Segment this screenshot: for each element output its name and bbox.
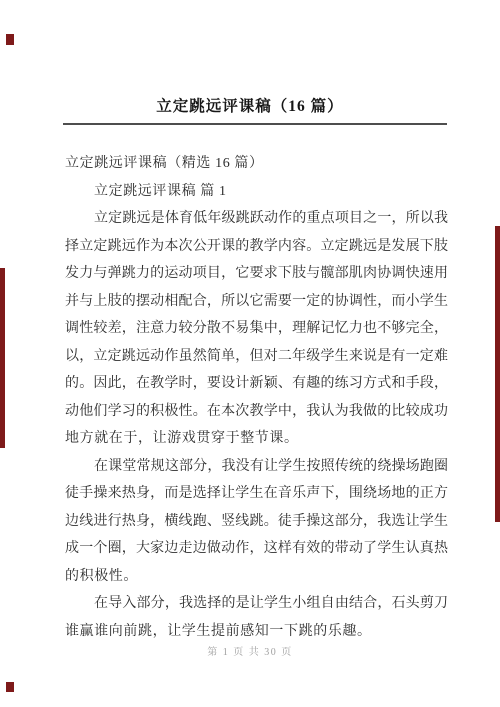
- text-line: 徒手操来热身，而是选择让学生在音乐声下，围绕场地的正方形: [65, 480, 448, 508]
- document-body: 立定跳远评课稿（精选 16 篇）立定跳远评课稿 篇 1立定跳远是体育低年级跳跃动…: [65, 150, 448, 645]
- text-line: 成一个圈，大家边走边做动作，这样有效的带动了学生认真热身: [65, 535, 448, 563]
- text-line: 并与上肢的摆动相配合，所以它需要一定的协调性，而小学生协: [65, 288, 448, 316]
- text-line: 在导入部分，我选择的是让学生小组自由结合，石头剪刀布，: [65, 590, 448, 618]
- page-edge-mark-bottom-left: [6, 682, 14, 692]
- page-edge-mark-left-bar: [0, 268, 5, 448]
- text-line: 动他们学习的积极性。在本次教学中，我认为我做的比较成功的: [65, 398, 448, 426]
- text-line: 的。因此，在教学时，要设计新颖、有趣的练习方式和手段，调: [65, 370, 448, 398]
- page-edge-mark-top-left: [6, 34, 14, 45]
- text-line: 择立定跳远作为本次公开课的教学内容。立定跳远是发展下肢爆: [65, 233, 448, 261]
- text-line: 立定跳远评课稿 篇 1: [65, 178, 448, 206]
- page-edge-mark-right-bar: [495, 226, 500, 522]
- title-underline: [63, 123, 447, 125]
- text-line: 立定跳远是体育低年级跳跃动作的重点项目之一，所以我选: [65, 205, 448, 233]
- page-number: 第 1 页 共 30 页: [0, 643, 500, 658]
- text-line: 发力与弹跳力的运动项目，它要求下肢与髋部肌肉协调快速用力，: [65, 260, 448, 288]
- document-title: 立定跳远评课稿（16 篇）: [0, 94, 500, 116]
- text-line: 边线进行热身，横线跑、竖线跳。徒手操这部分，我选让学生围: [65, 508, 448, 536]
- text-line: 谁赢谁向前跳，让学生提前感知一下跳的乐趣。: [65, 618, 448, 646]
- text-line: 的积极性。: [65, 563, 448, 591]
- text-line: 以，立定跳远动作虽然简单，但对二年级学生来说是有一定难度: [65, 343, 448, 371]
- text-line: 调性较差，注意力较分散不易集中，理解记忆力也不够完全，所: [65, 315, 448, 343]
- document-page: 立定跳远评课稿（16 篇） 立定跳远评课稿（精选 16 篇）立定跳远评课稿 篇 …: [0, 0, 500, 707]
- text-line: 立定跳远评课稿（精选 16 篇）: [65, 150, 448, 178]
- text-line: 地方就在于，让游戏贯穿于整节课。: [65, 425, 448, 453]
- text-line: 在课堂常规这部分，我没有让学生按照传统的绕操场跑圈和: [65, 453, 448, 481]
